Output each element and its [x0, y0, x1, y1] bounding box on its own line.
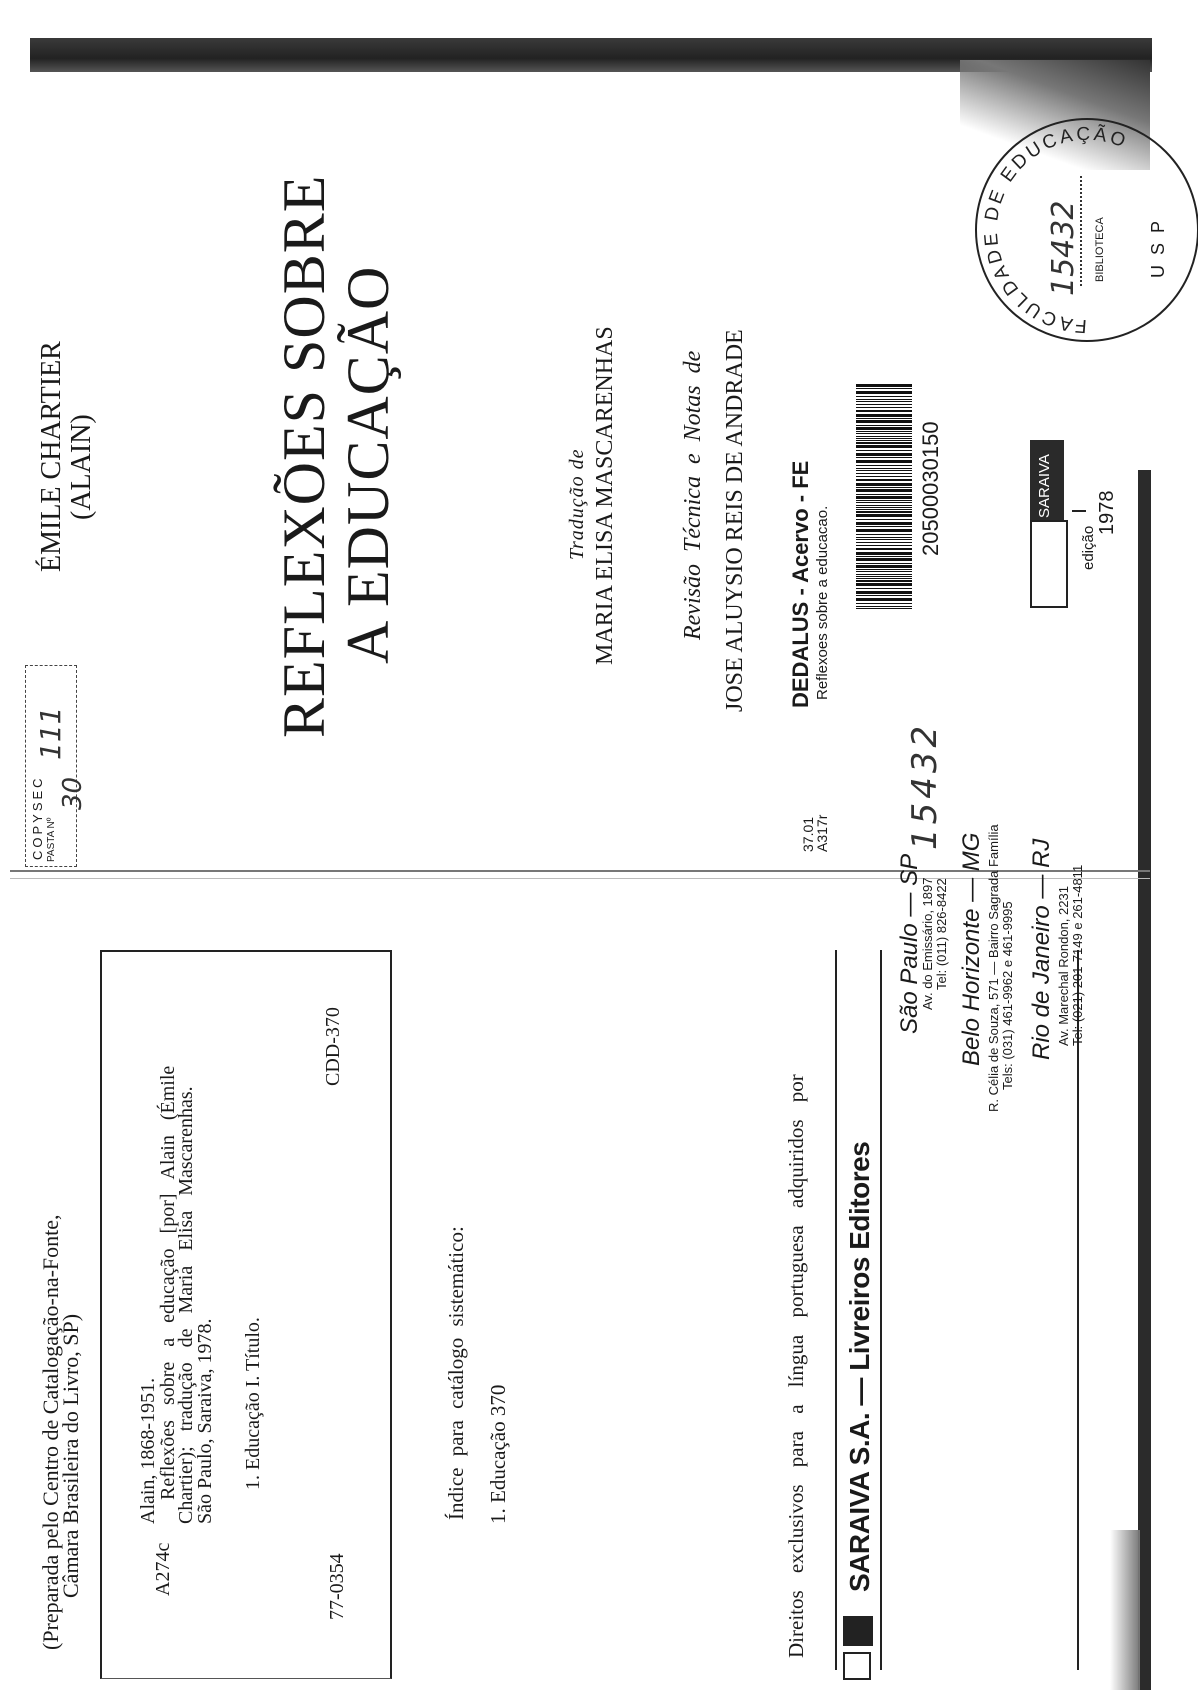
- catalog-card-top-border: [100, 950, 390, 952]
- book-title-line1: REFLEXÕES SOBRE: [270, 175, 339, 738]
- branch-phone-mg: Tels: (031) 461-9962 e 461-9995: [1000, 901, 1015, 1090]
- catalog-header-line2: Câmara Brasileira do Livro, SP): [58, 1314, 84, 1598]
- card-subject: 1. Educação I. Título.: [242, 1317, 265, 1490]
- barcode-number: 20500030150: [918, 421, 944, 556]
- copy-stamp-handwritten-2: 30: [58, 777, 88, 810]
- reviser-name: JOSE ALUYSIO REIS DE ANDRADE: [722, 329, 749, 712]
- library-stamp-bottom-text: USP: [1148, 211, 1169, 278]
- edition-label: edição: [1080, 526, 1097, 570]
- branch-city-mg: Belo Horizonte — MG: [958, 833, 986, 1066]
- revision-label: Revisão Técnica e Notas de: [680, 351, 707, 640]
- copy-stamp-label: COPYSEC: [30, 775, 45, 860]
- translator-name: MARIA ELISA MASCARENHAS: [592, 326, 619, 665]
- copy-stamp-sublabel: PASTA Nº: [46, 818, 57, 862]
- index-item: 1. Educação 370: [486, 1385, 511, 1524]
- dedalus-label: DEDALUS - Acervo - FE: [788, 461, 814, 708]
- dedalus-subtitle: Reflexoes sobre a educacao.: [814, 506, 831, 700]
- rights-text: Direitos exclusivos para a língua portug…: [784, 1074, 809, 1658]
- branch-phone-rj: Tel: (021) 201-7149 e 261-4811: [1070, 865, 1085, 1046]
- barcode: [856, 384, 912, 610]
- book-title-line2: A EDUCAÇÃO: [334, 266, 403, 664]
- card-number: 77-0354: [326, 1553, 349, 1620]
- scan-shadow-bottom: [1110, 1530, 1140, 1690]
- branch-address-rj: Av. Marechal Rondon, 2231: [1056, 886, 1071, 1046]
- branch-address-sp: Av. do Emissário, 1897: [920, 878, 935, 1010]
- branch-phone-sp: Tel: (011) 826-8422: [934, 878, 949, 990]
- call-number-line2: A317r: [814, 815, 830, 852]
- translation-label: Tradução de: [566, 448, 589, 560]
- copy-stamp-handwritten: 111: [34, 707, 67, 760]
- edition-year: 1978: [1096, 491, 1119, 536]
- publisher-logo-light: [843, 1652, 871, 1680]
- handwritten-accession-number: 15432: [905, 722, 945, 850]
- edition-box: [1030, 520, 1068, 608]
- card-line4: São Paulo, Saraiva, 1978.: [194, 1318, 217, 1524]
- edition-dash: [1072, 510, 1086, 512]
- author-alias: (ALAIN): [66, 414, 98, 520]
- card-code: A274c: [152, 1543, 175, 1596]
- publisher-name: SARAIVA S.A. — Livreiros Editores: [844, 1142, 876, 1592]
- author-name: ÉMILE CHARTIER: [36, 341, 68, 572]
- saraiva-badge-label: SARAIVA: [1036, 454, 1053, 518]
- publisher-box-divider: [880, 950, 882, 1670]
- scan-dark-band-right: [1138, 470, 1151, 1690]
- branch-address-mg: R. Célia de Souza, 571 — Bairro Sagrada …: [986, 824, 1001, 1112]
- index-title: Índice para catálogo sistemático:: [444, 1226, 469, 1520]
- library-stamp-handwritten: 15432: [1046, 201, 1081, 296]
- library-stamp-center-label: BIBLIOTECA: [1094, 217, 1106, 282]
- branch-city-rj: Rio de Janeiro — RJ: [1028, 839, 1056, 1060]
- card-cdd: CDD-370: [322, 1007, 345, 1086]
- publisher-logo-dark: [843, 1616, 873, 1646]
